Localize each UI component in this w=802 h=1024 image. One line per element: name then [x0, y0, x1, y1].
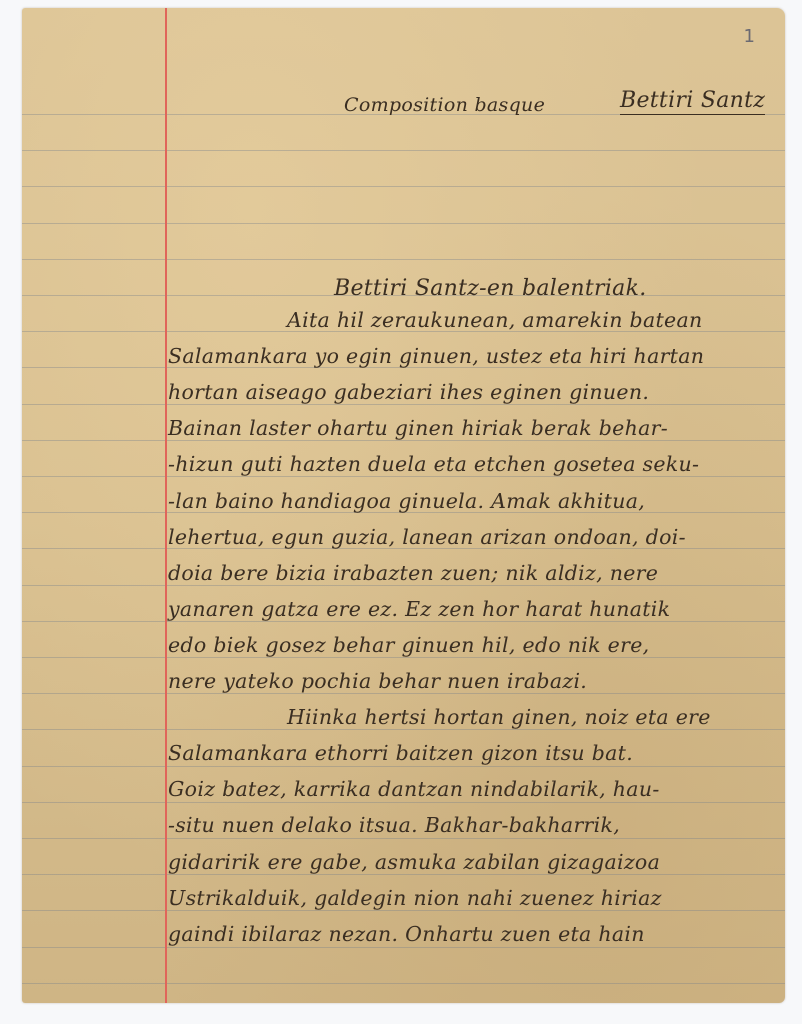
header-subject: Composition basque [344, 94, 545, 116]
text-line: Goiz batez, karrika dantzan nindabilarik… [168, 777, 660, 801]
ruling-line [22, 766, 785, 767]
ruling-line [22, 150, 785, 151]
text-line: -situ nuen delako itsua. Bakhar-bakharri… [168, 813, 620, 837]
red-margin-line [165, 8, 167, 1003]
notebook-page: 1 Composition basque Bettiri Santz Betti… [22, 8, 785, 1003]
text-line: Bainan laster ohartu ginen hiriak berak … [168, 416, 668, 440]
text-line: Aita hil zeraukunean, amarekin batean [287, 308, 703, 332]
ruling-line [22, 983, 785, 984]
text-line: edo biek gosez behar ginuen hil, edo nik… [168, 633, 649, 657]
text-line: hortan aiseago gabeziari ihes eginen gin… [168, 380, 649, 404]
ruling-line [22, 838, 785, 839]
text-line: doia bere bizia irabazten zuen; nik aldi… [168, 561, 658, 585]
text-line: lehertua, egun guzia, lanean arizan ondo… [168, 525, 686, 549]
ruling-line [22, 186, 785, 187]
text-line: gaindi ibilaraz nezan. Onhartu zuen eta … [168, 922, 645, 946]
ruling-line [22, 693, 785, 694]
header-author: Bettiri Santz [620, 88, 765, 115]
composition-title: Bettiri Santz-en balentriak. [334, 276, 647, 301]
text-line: gidaririk ere gabe, asmuka zabilan gizag… [168, 850, 660, 874]
ruling-line [22, 874, 785, 875]
text-line: Ustrikalduik, galdegin nion nahi zuenez … [168, 886, 662, 910]
text-line: Salamankara ethorri baitzen gizon itsu b… [168, 741, 633, 765]
ruling-line [22, 223, 785, 224]
text-line: nere yateko pochia behar nuen irabazi. [168, 669, 587, 693]
text-line: Salamankara yo egin ginuen, ustez eta hi… [168, 344, 704, 368]
text-line: -lan baino handiagoa ginuela. Amak akhit… [168, 489, 645, 513]
text-line: Hiinka hertsi hortan ginen, noiz eta ere [287, 705, 711, 729]
ruling-line [22, 259, 785, 260]
ruling-line [22, 621, 785, 622]
text-line: yanaren gatza ere ez. Ez zen hor harat h… [168, 597, 670, 621]
ruling-line [22, 657, 785, 658]
page-number: 1 [744, 26, 755, 47]
ruling-line [22, 729, 785, 730]
text-line: -hizun guti hazten duela eta etchen gose… [168, 452, 699, 476]
ruling-line [22, 585, 785, 586]
ruling-line [22, 910, 785, 911]
ruling-line [22, 802, 785, 803]
ruling-line [22, 947, 785, 948]
